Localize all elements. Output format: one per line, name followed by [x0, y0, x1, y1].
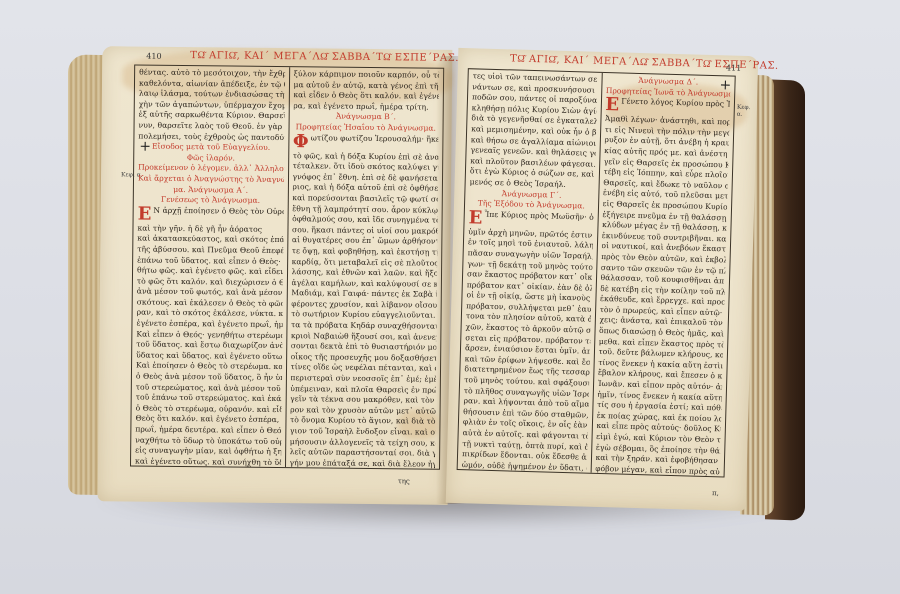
text-line-initial: ΕΝ ἀρχῇ ἐποίησεν ὁ Θεὸς τὸν Οὐρανὸν	[138, 205, 284, 225]
text-block: θέντας. αὐτὸ τὸ μεσότοιχον, τὴν ἔχθρανκα…	[130, 65, 444, 470]
text-column-right: Ἀνάγνωσμα Δ΄.Προφητείας Ἰωνᾶ τὸ Ἀνάγνωσμ…	[591, 73, 735, 477]
margin-note: Κεφ. α.	[737, 104, 757, 119]
text-column-right: ξύλον κάρπιμον ποιοῦν καρπόν, οὗ τὸ σπέρ…	[285, 67, 443, 469]
text-block: τες υἱοὶ τῶν ταπεινωσάντων σε, καὶ παροξ…	[457, 68, 736, 477]
text-line: τῆς ἀβύσσου. καὶ Πνεῦμα Θεοῦ ἐπεφέρετο	[137, 244, 283, 256]
text-column-left: τες υἱοὶ τῶν ταπεινωσάντων σε, καὶ παροξ…	[458, 69, 603, 473]
folio-number: 410	[146, 52, 161, 61]
left-page: 410 ΤΩ͂ ΑΓΙΩ͂, ΚΑΙ΄ ΜΕΓΑ΄ΛΩ͂ ΣΑΒΒΑ΄ΤΩ͂ Ε…	[98, 46, 453, 505]
text-line: ρα, καὶ ἐγένετο πρωΐ, ἡμέρα τρίτη.	[293, 101, 439, 113]
right-page: ΤΩ͂ ΑΓΙΩ͂, ΚΑΙ΄ ΜΕΓΑ΄ΛΩ͂ ΣΑΒΒΑ΄ΤΩ͂ ΕΣΠΕ΄…	[446, 48, 759, 511]
text-line: γήν μου ἐπάταξά σε, καὶ διὰ ἔλεον ἠγάπησ…	[289, 458, 435, 469]
rubric-heading: Εἴσοδος μετὰ τοῦ Εὐαγγελίου.	[138, 142, 284, 154]
drop-capital: Ε	[468, 209, 482, 227]
rubric-heading: Καὶ ἄρχεται ὁ Ἀναγνώστης τὸ Ἀναγνώσ-	[138, 173, 284, 185]
drop-capital: Ε	[605, 96, 619, 114]
drop-capital: Ε	[138, 205, 152, 223]
catchword: της	[398, 477, 410, 485]
text-line: καὶ ἐγένετο οὕτως. καὶ συνήχθη τὸ ὕδωρ τ…	[135, 456, 281, 467]
text-line-initial: Φωτίζου φωτίζου Ἱερουσαλήμ· ἥκει γάρ σου	[293, 133, 439, 153]
catchword: π,	[712, 489, 719, 497]
drop-capital: Φ	[293, 133, 309, 151]
folio-number: 411	[726, 63, 742, 72]
text-column-left: θέντας. αὐτὸ τὸ μεσότοιχον, τὴν ἔχθρανκα…	[131, 66, 290, 468]
text-line: τε ὄψῃ, καὶ φοβηθήσῃ, καὶ ἐκστήσῃ τῇ	[292, 246, 438, 258]
